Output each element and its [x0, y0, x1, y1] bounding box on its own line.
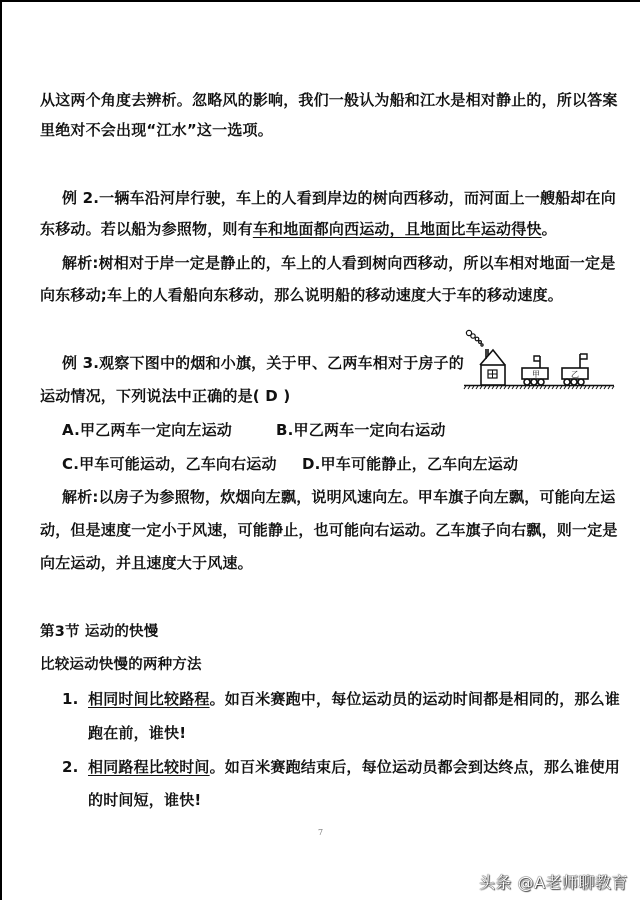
option-b: B.甲乙两车一定向右运动: [276, 420, 446, 440]
list-item-2-number: 2.: [62, 757, 88, 777]
ground-line: [464, 386, 614, 390]
house-carts-figure: 甲 乙: [450, 328, 620, 390]
example2-answer: 车和地面都向西运动，且地面比车运动得快: [253, 220, 542, 238]
example2-suffix: 。: [542, 220, 557, 238]
example2-line-1: 例 2.一辆车沿河岸行驶，车上的人看到岸边的树向西移动，而河面上一艘船却在向: [62, 188, 616, 208]
list-item-1-text: 。如百米赛跑中，每位运动员的运动时间都是相同的，那么谁: [210, 690, 620, 708]
option-a: A.甲乙两车一定向左运动: [62, 420, 232, 440]
example3-question: 运动情况，下列说法中正确的是( D ): [40, 386, 290, 406]
section-subtitle: 比较运动快慢的两种方法: [40, 655, 202, 675]
list-item-1-number: 1.: [62, 689, 88, 709]
list-item-1-line-2: 跑在前，谁快!: [88, 723, 186, 743]
example3-analysis-line-1: 解析:以房子为参照物，炊烟向左飘，说明风速向左。甲车旗子向左飘，可能向左运: [62, 487, 615, 507]
example2-analysis-line-2: 向东移动;车上的人看船向东移动，那么说明船的移动速度大于车的移动速度。: [40, 285, 563, 305]
list-item-1-key: 相同时间比较路程: [88, 690, 210, 708]
example3-line-1: 例 3.观察下图中的烟和小旗，关于甲、乙两车相对于房子的: [62, 353, 464, 373]
example3-analysis-line-3: 向左运动，并且速度大于风速。: [40, 553, 253, 573]
option-c: C.甲车可能运动，乙车向右运动: [62, 454, 277, 474]
house-icon: [480, 349, 505, 385]
intro-line-1: 从这两个角度去辨析。忽略风的影响，我们一般认为船和江水是相对静止的，所以答案: [40, 90, 618, 110]
example2-prefix: 东移动。若以船为参照物，则有: [40, 220, 253, 238]
list-item-2-line-2: 的时间短，谁快!: [88, 790, 201, 810]
watermark: 头条 @A老师聊教育: [479, 870, 628, 893]
list-item-1: 1.相同时间比较路程。如百米赛跑中，每位运动员的运动时间都是相同的，那么谁: [62, 689, 620, 709]
list-item-2: 2.相同路程比较时间。如百米赛跑结束后，每位运动员都会到达终点，那么谁使用: [62, 757, 620, 777]
cart-jia-label: 甲: [532, 370, 540, 379]
section-title: 第3节 运动的快慢: [40, 622, 158, 642]
list-item-2-text: 。如百米赛跑结束后，每位运动员都会到达终点，那么谁使用: [210, 758, 620, 776]
example3-analysis-line-2: 动，但是速度一定小于风速，可能静止，也可能向右运动。乙车旗子向右飘，则一定是: [40, 520, 618, 540]
cart-yi-label: 乙: [571, 370, 579, 379]
house-carts-illustration: 甲 乙: [450, 328, 620, 390]
example2-line-2: 东移动。若以船为参照物，则有车和地面都向西运动，且地面比车运动得快。: [40, 219, 557, 239]
option-d: D.甲车可能静止，乙车向左运动: [302, 454, 518, 474]
page-number: 7: [318, 828, 323, 837]
intro-line-2: 里绝对不会出现“江水”这一选项。: [40, 120, 273, 140]
example2-analysis-line-1: 解析:树相对于岸一定是静止的，车上的人看到树向西移动，所以车相对地面一定是: [62, 253, 615, 273]
list-item-2-key: 相同路程比较时间: [88, 758, 210, 776]
smoke-icon: [466, 330, 483, 346]
